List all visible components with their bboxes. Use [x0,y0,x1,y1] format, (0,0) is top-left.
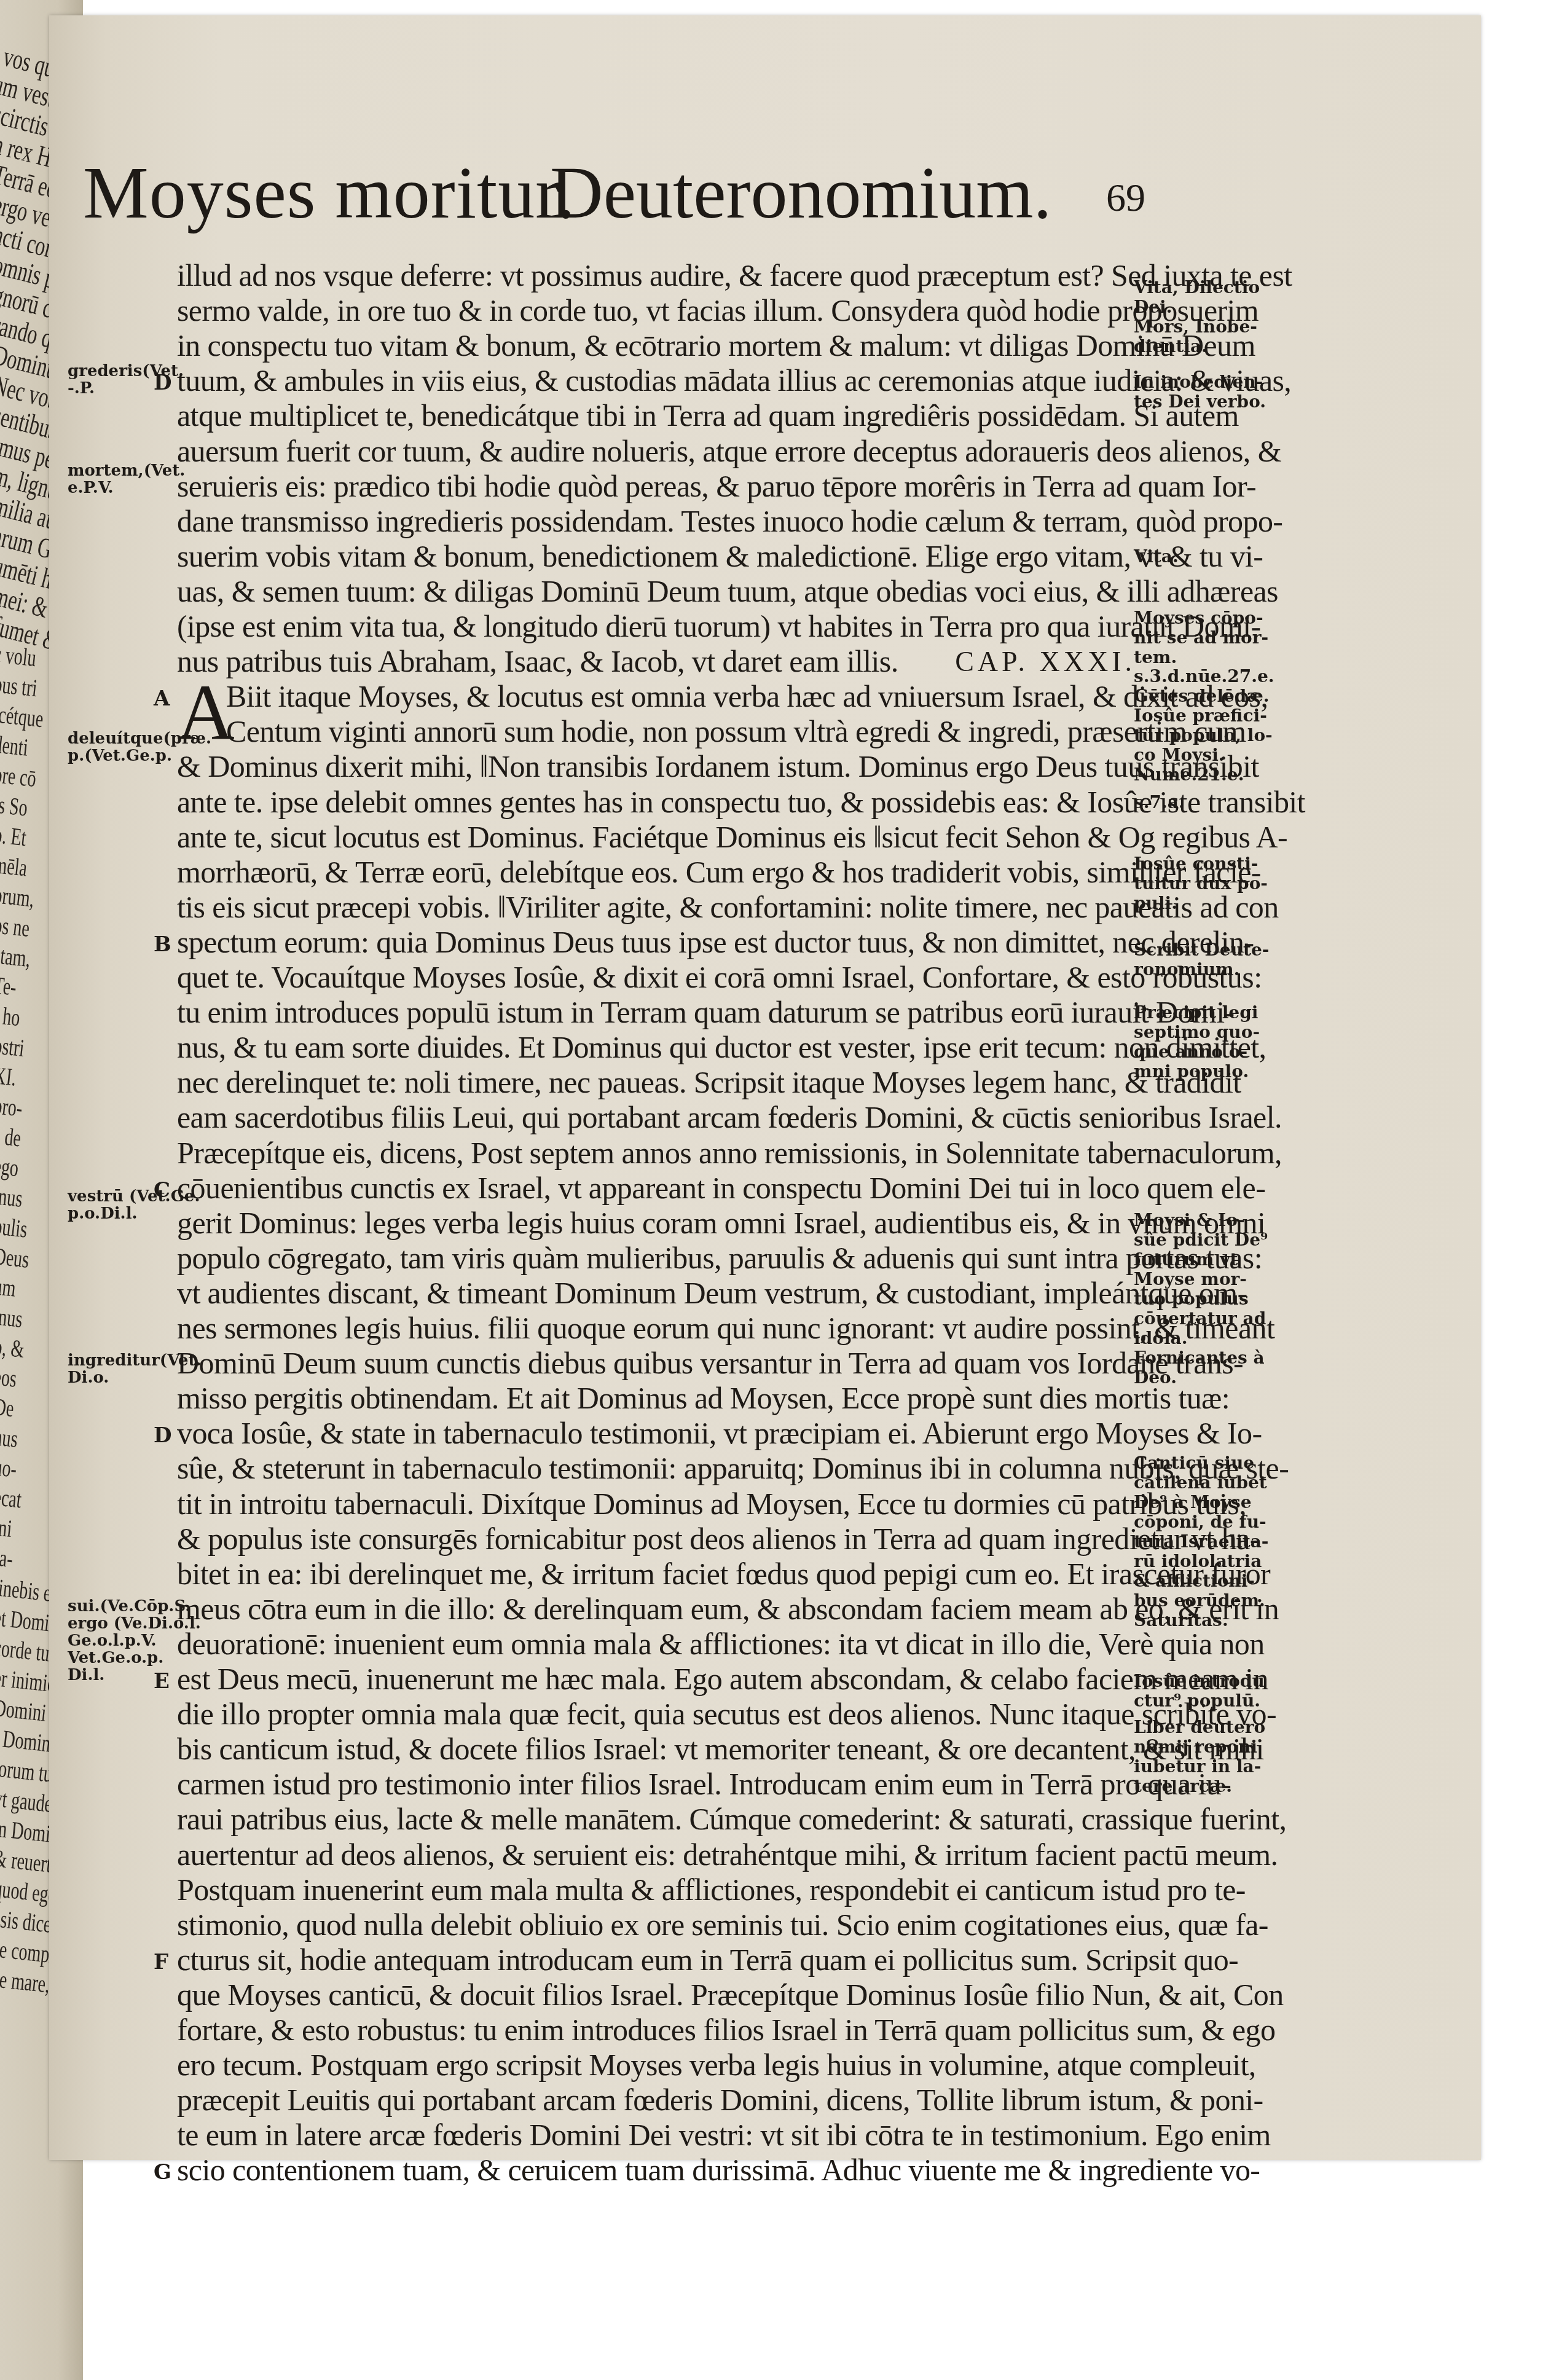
text-line: raui patribus eius, lacte & melle manāte… [177,1802,1136,1837]
text-line: ante te, sicut locutus est Dominus. Faci… [177,820,1136,855]
text-line: cōuenientibus cunctis ex Israel, vt appa… [177,1171,1136,1206]
previous-page-text: ini [0,1512,14,1543]
previous-page-text: uo- [0,1452,18,1483]
previous-page-text: XI. [0,1061,18,1092]
previous-page-text: t ho [0,1000,22,1032]
text-line: tuum, & ambules in viis eius, & custodia… [177,363,1136,398]
margin-note-line: Iosûe consti- [1134,854,1257,874]
margin-note-line: iubetur in la- [1134,1757,1257,1777]
margin-note: In inobedien-tes Dei verbo. [1134,372,1257,412]
margin-note-line: tem. [1134,648,1257,667]
margin-note-line: Vita. [1134,547,1257,567]
previous-page-text: mēla [0,850,29,882]
variant-note-line: Di.o. [68,1369,178,1386]
margin-note: Vita, DilectioDei.Mors, Inobe-dientia. [1134,278,1257,356]
margin-note-line: Iosûe introdu [1134,1671,1257,1691]
text-line: eam sacerdotibus filiis Leui, qui portab… [177,1100,1136,1135]
text-line: sûe, & steterunt in tabernaculo testimon… [177,1451,1136,1486]
margin-note-line: futurum vt [1134,1250,1257,1270]
chapter-heading: CAP. XXXI. [955,644,1136,679]
text-line: Postquam inuenerint eum mala multa & aff… [177,1872,1136,1907]
previous-page-text: orum, [0,880,36,913]
margin-note-line: Mors, Inobe- [1134,317,1257,337]
previous-page-text: stam, [0,940,32,973]
text-line: sermo valde, in ore tuo & in corde tuo, … [177,293,1136,328]
text-line: Dominū Deum suum cunctis diebus quibus v… [177,1346,1136,1381]
previous-page-text: o. Et [0,820,28,852]
page-number: 69 [1106,175,1145,221]
text-line: ero tecum. Postquam ergo scripsit Moyses… [177,2048,1136,2083]
text-line: meus cōtra eum in die illo: & derelinqua… [177,1592,1136,1627]
text-line: tis eis sicut præcepi vobis. ‖Viriliter … [177,890,1136,925]
margin-note-line: Moysi & Io- [1134,1211,1257,1230]
previous-page-text: ra- [0,1542,14,1573]
variant-note-line: mortem,(Vet. [68,462,178,479]
text-line: illud ad nos vsque deferre: vt possimus … [177,258,1136,293]
previous-page-text: denti [0,729,29,762]
previous-page-text: nus [0,1422,19,1453]
variant-note: ingreditur(Vet.Di.o. [68,1352,178,1386]
margin-note: Moyses cōpo-nit se ad mor-tem. [1134,608,1257,667]
previous-page-text: ostri [0,1031,26,1062]
margin-note-line: dientia. [1134,337,1257,356]
text-line: nes sermones legis huius. filii quoque e… [177,1311,1136,1346]
margin-note-line: septimo quo- [1134,1023,1257,1042]
text-line: scio contentionem tuam, & ceruicem tuam … [177,2153,1136,2188]
previous-page-text: pulis [0,1211,29,1243]
margin-note-line: que anno o- [1134,1042,1257,1062]
margin-note-line: In inobedien- [1134,372,1257,392]
text-line: tit in introitu tabernaculi. Dixítque Do… [177,1487,1136,1522]
text-line: que Moyses canticū, & docuit filios Isra… [177,1977,1136,2013]
text-line: (ipse est enim vita tua, & longitudo die… [177,609,1136,644]
margin-note-line: tere arcæ. [1134,1777,1257,1796]
variant-note-line: ingreditur(Vet. [68,1352,178,1369]
variant-note: mortem,(Vet.e.P.V. [68,462,178,497]
previous-page-text: o, & [0,1332,26,1364]
text-line: suerim vobis vitam & bonum, benedictione… [177,539,1136,574]
text-line: die illo propter omnia mala quæ fecit, q… [177,1697,1136,1732]
text-line: atque multiplicet te, benedicátque tibi … [177,398,1136,433]
section-letter: B [154,932,171,957]
text-line: bis canticum istud, & docete filios Isra… [177,1732,1136,1767]
margin-note-line: puli. [1134,893,1257,913]
margin-note: Liber deuteronomij reponiiubetur in la-t… [1134,1718,1257,1796]
margin-note: Iosûe consti-tuitur dux po-puli. [1134,854,1257,913]
variant-note-line: p.(Vet.Ge.p. [68,747,178,764]
margin-note-line: Dei. [1134,297,1257,317]
text-line: voca Iosûe, & state in tabernaculo testi… [177,1416,1136,1451]
margin-note-line: cōponi, de fu- [1134,1512,1257,1532]
section-letter: D [154,371,171,395]
previous-page-text: pro- [0,1091,24,1123]
section-letter: D [154,1423,171,1448]
margin-note: s.3.d.nūe.27.e.Gētes delēdæ.Iosûe præfic… [1134,667,1257,785]
margin-note-line: tura Israelita- [1134,1532,1257,1552]
text-line: fortare, & esto robustus: tu enim introd… [177,2013,1136,2048]
text-line: gerit Dominus: leges verba legis huius c… [177,1206,1136,1241]
previous-page-text: os ne [0,910,31,943]
text-line: Centum viginti annorū sum hodie, non pos… [226,714,1185,749]
margin-note-line: ronomium. [1134,960,1257,980]
previous-page-text: um [0,1271,17,1302]
previous-page-text: ego [0,1151,20,1182]
variant-note-line: sui.(Ve.Cōp.S. [68,1598,178,1615]
margin-note-line: ctur⁹ populū. [1134,1691,1257,1711]
margin-note-line: rū idololatria [1134,1552,1257,1571]
text-line: deuorationē: inuenient eum omnia mala & … [177,1627,1136,1662]
running-head-left: Moyses moritur. [83,151,576,235]
text-line: misso pergitis obtinendam. Et ait Dominu… [177,1381,1136,1416]
variant-note-line: e.P.V. [68,479,178,497]
text-line: spectum eorum: quia Dominus Deus tuus ip… [177,925,1136,960]
margin-note-line: Saturitas. [1134,1611,1257,1630]
text-line: ante te. ipse delebit omnes gentes has i… [177,785,1136,820]
previous-page-text: eos [0,1362,18,1393]
text-line: est Deus mecū, inuenerunt me hæc mala. E… [177,1662,1136,1697]
section-letter: A [154,686,170,711]
text-line: stimonio, quod nulla delebit obliuio ex … [177,1907,1136,1942]
text-line: te eum in latere arcæ fœderis Domini Dei… [177,2118,1136,2153]
text-line: nec derelinquet te: noli timere, nec pau… [177,1065,1136,1100]
margin-note-line: s.3.d.nūe.27.e. [1134,667,1257,686]
text-line: dane transmisso ingredieris possidendam.… [177,504,1136,539]
margin-note-line: Liber deutero [1134,1718,1257,1737]
margin-note-line: tuo populus [1134,1289,1257,1309]
margin-note-line: nit se ad mor- [1134,628,1257,648]
section-letter: F [154,1950,168,1974]
section-letter: C [154,1178,170,1203]
margin-note-line: cōuertatur ad [1134,1309,1257,1329]
text-line: populo cōgregato, tam viris quàm mulieri… [177,1241,1136,1276]
variant-note-line: Ge.o.l.p.V. [68,1632,178,1649]
text-line: Biit itaque Moyses, & locutus est omnia … [226,679,1185,714]
variant-note-line: ergo (Ve.Di.o.l. [68,1615,178,1632]
section-letter: E [154,1669,170,1694]
text-line: auertentur ad deos alienos, & seruient e… [177,1837,1136,1872]
previous-page-text: is So [0,790,29,822]
margin-note-line: Nume.21.e. [1134,765,1257,785]
margin-note: Moysi & Io-sûe pdicit De⁹futurum vtMoyse… [1134,1211,1257,1388]
variant-note-line: p.o.Di.l. [68,1205,178,1222]
margin-note-line: sûe pdicit De⁹ [1134,1230,1257,1250]
margin-note: Scribit Deute-ronomium. [1134,940,1257,980]
margin-note-line: idôla. [1134,1329,1257,1348]
text-line: nus, & tu eam sorte diuides. Et Dominus … [177,1030,1136,1065]
previous-page-text: bus tri [0,669,39,702]
text-line: cturus sit, hodie antequam introducam eu… [177,1942,1136,1977]
margin-note-line: Præcipit legi [1134,1003,1257,1023]
margin-note-line: tes Dei verbo. [1134,392,1257,412]
previous-page-text: inus [0,1302,24,1333]
previous-page-text: De [0,1392,15,1423]
margin-note: Præcipit legiseptimo quo-que anno o-mni … [1134,1003,1257,1082]
margin-note-line: Fornicantes à [1134,1348,1257,1368]
variant-note-line: Vet.Ge.o.p. [68,1649,178,1667]
previous-page-text: s de [0,1121,23,1152]
margin-note-line: Gētes delēdæ. [1134,686,1257,706]
text-line: præcepit Leuitis qui portabant arcam fœd… [177,2083,1136,2118]
margin-note-line: Vita, Dilectio [1134,278,1257,297]
margin-note-line: Canticū siue [1134,1453,1257,1473]
variant-note: deleuítque(præ.p.(Vet.Ge.p. [68,730,178,764]
previous-page-text: Deus [0,1241,31,1274]
text-line: Præcepítque eis, dicens, Post septem ann… [177,1136,1136,1171]
margin-note-line: co Moysi. [1134,745,1257,765]
text-line: tu enim introduces populū istum in Terra… [177,995,1136,1030]
text-line: morrhæorū, & Terræ eorū, delebítque eos.… [177,855,1136,890]
text-line: & populus iste consurgēs fornicabitur po… [177,1522,1136,1557]
text-line: & Dominus dixerit mihi, ‖Non transibis I… [177,749,1136,784]
text-line: seruieris eis: prædico tibi hodie quòd p… [177,469,1136,504]
margin-note: Canticū siuecātilenā iubetDe⁹ à Moysecōp… [1134,1453,1257,1630]
margin-note-line: tur populo, lo- [1134,726,1257,745]
section-letter: G [154,2160,171,2185]
margin-note-line: Moyses cōpo- [1134,608,1257,628]
margin-note-line: Iosûe præfici- [1134,706,1257,726]
previous-page-text: inus [0,1181,24,1213]
margin-note-line: Deo. [1134,1368,1257,1388]
text-line: bitet in ea: ibi derelinquet me, & irrit… [177,1557,1136,1592]
margin-note: Iosûe introductur⁹ populū. [1134,1671,1257,1711]
text-line: uas, & semen tuum: & diligas Dominū Deum… [177,574,1136,609]
margin-note: s.7.a. [1134,793,1257,812]
margin-note-line: nomij reponi [1134,1737,1257,1757]
text-line: auersum fuerit cor tuum, & audire noluer… [177,434,1136,469]
margin-note-line: Moyse mor- [1134,1270,1257,1289]
margin-note-line: cātilenā iubet [1134,1473,1257,1493]
previous-page-text: c volu [0,639,37,672]
previous-page-text: Te- [0,970,18,1002]
running-head-title: Deuteronomium. [550,151,1052,235]
margin-note-line: s.7.a. [1134,793,1257,812]
previous-page-text: ecat [0,1482,23,1514]
text-line: carmen istud pro testimonio inter filios… [177,1767,1136,1802]
margin-note-line: & afflictioni- [1134,1571,1257,1591]
margin-note: Vita. [1134,547,1257,567]
variant-note-line: deleuítque(præ. [68,730,178,747]
text-line: quet te. Vocauítque Moyses Iosûe, & dixi… [177,960,1136,995]
margin-note-line: tuitur dux po- [1134,874,1257,893]
margin-note-line: mni populo. [1134,1062,1257,1082]
margin-note-line: De⁹ à Moyse [1134,1493,1257,1512]
text-line: in conspectu tuo vitam & bonum, & ecōtra… [177,328,1136,363]
previous-page-text: ore cō [0,760,37,793]
text-line: vt audientes discant, & timeant Dominum … [177,1276,1136,1311]
margin-note-line: Scribit Deute- [1134,940,1257,960]
previous-page-text: icétque [0,699,45,733]
margin-note-line: bus eorūdem. [1134,1591,1257,1611]
